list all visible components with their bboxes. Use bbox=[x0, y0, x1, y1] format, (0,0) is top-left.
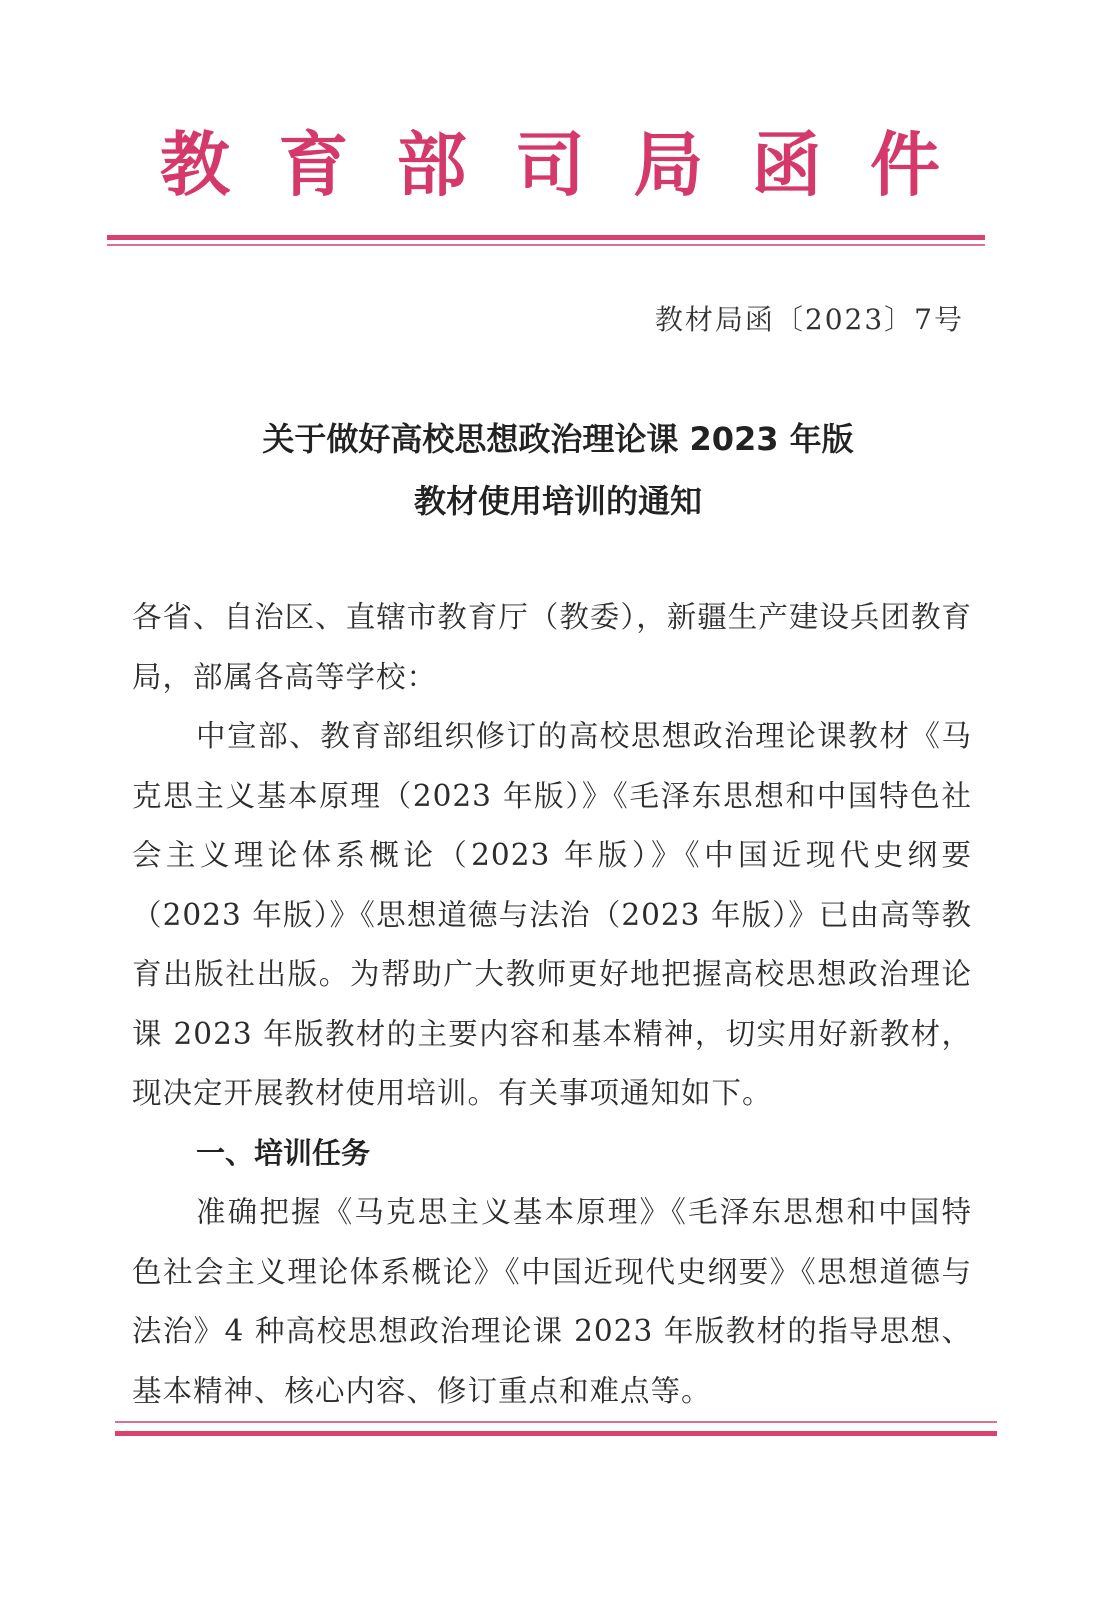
salutation: 各省、自治区、直辖市教育厅（教委），新疆生产建设兵团教育局，部属各高等学校： bbox=[132, 588, 972, 707]
section-heading-training-tasks: 一、培训任务 bbox=[132, 1124, 972, 1184]
document-title: 关于做好高校思想政治理论课 2023 年版 教材使用培训的通知 bbox=[0, 408, 1116, 532]
masthead-char: 教 bbox=[160, 130, 230, 200]
footer-red-rule-thick bbox=[115, 1431, 997, 1436]
masthead-char: 育 bbox=[278, 130, 348, 200]
footer-red-rule-thin bbox=[115, 1421, 997, 1423]
title-line-2: 教材使用培训的通知 bbox=[0, 470, 1116, 532]
document-body: 各省、自治区、直辖市教育厅（教委），新疆生产建设兵团教育局，部属各高等学校： 中… bbox=[132, 588, 972, 1421]
masthead-char: 司 bbox=[515, 130, 585, 200]
masthead-char: 局 bbox=[633, 130, 703, 200]
document-number: 教材局函〔2023〕7号 bbox=[655, 298, 964, 338]
masthead-char: 部 bbox=[397, 130, 467, 200]
paragraph-intro: 中宣部、教育部组织修订的高校思想政治理论课教材《马克思主义基本原理（2023 年… bbox=[132, 707, 972, 1124]
header-red-rule-thin bbox=[107, 244, 985, 246]
paragraph-training-tasks: 准确把握《马克思主义基本原理》《毛泽东思想和中国特色社会主义理论体系概论》《中国… bbox=[132, 1183, 972, 1421]
title-line-1: 关于做好高校思想政治理论课 2023 年版 bbox=[0, 408, 1116, 470]
masthead-title: 教 育 部 司 局 函 件 bbox=[160, 115, 940, 215]
masthead-char: 函 bbox=[752, 130, 822, 200]
masthead-char: 件 bbox=[870, 130, 940, 200]
header-red-rule-thick bbox=[107, 235, 985, 240]
